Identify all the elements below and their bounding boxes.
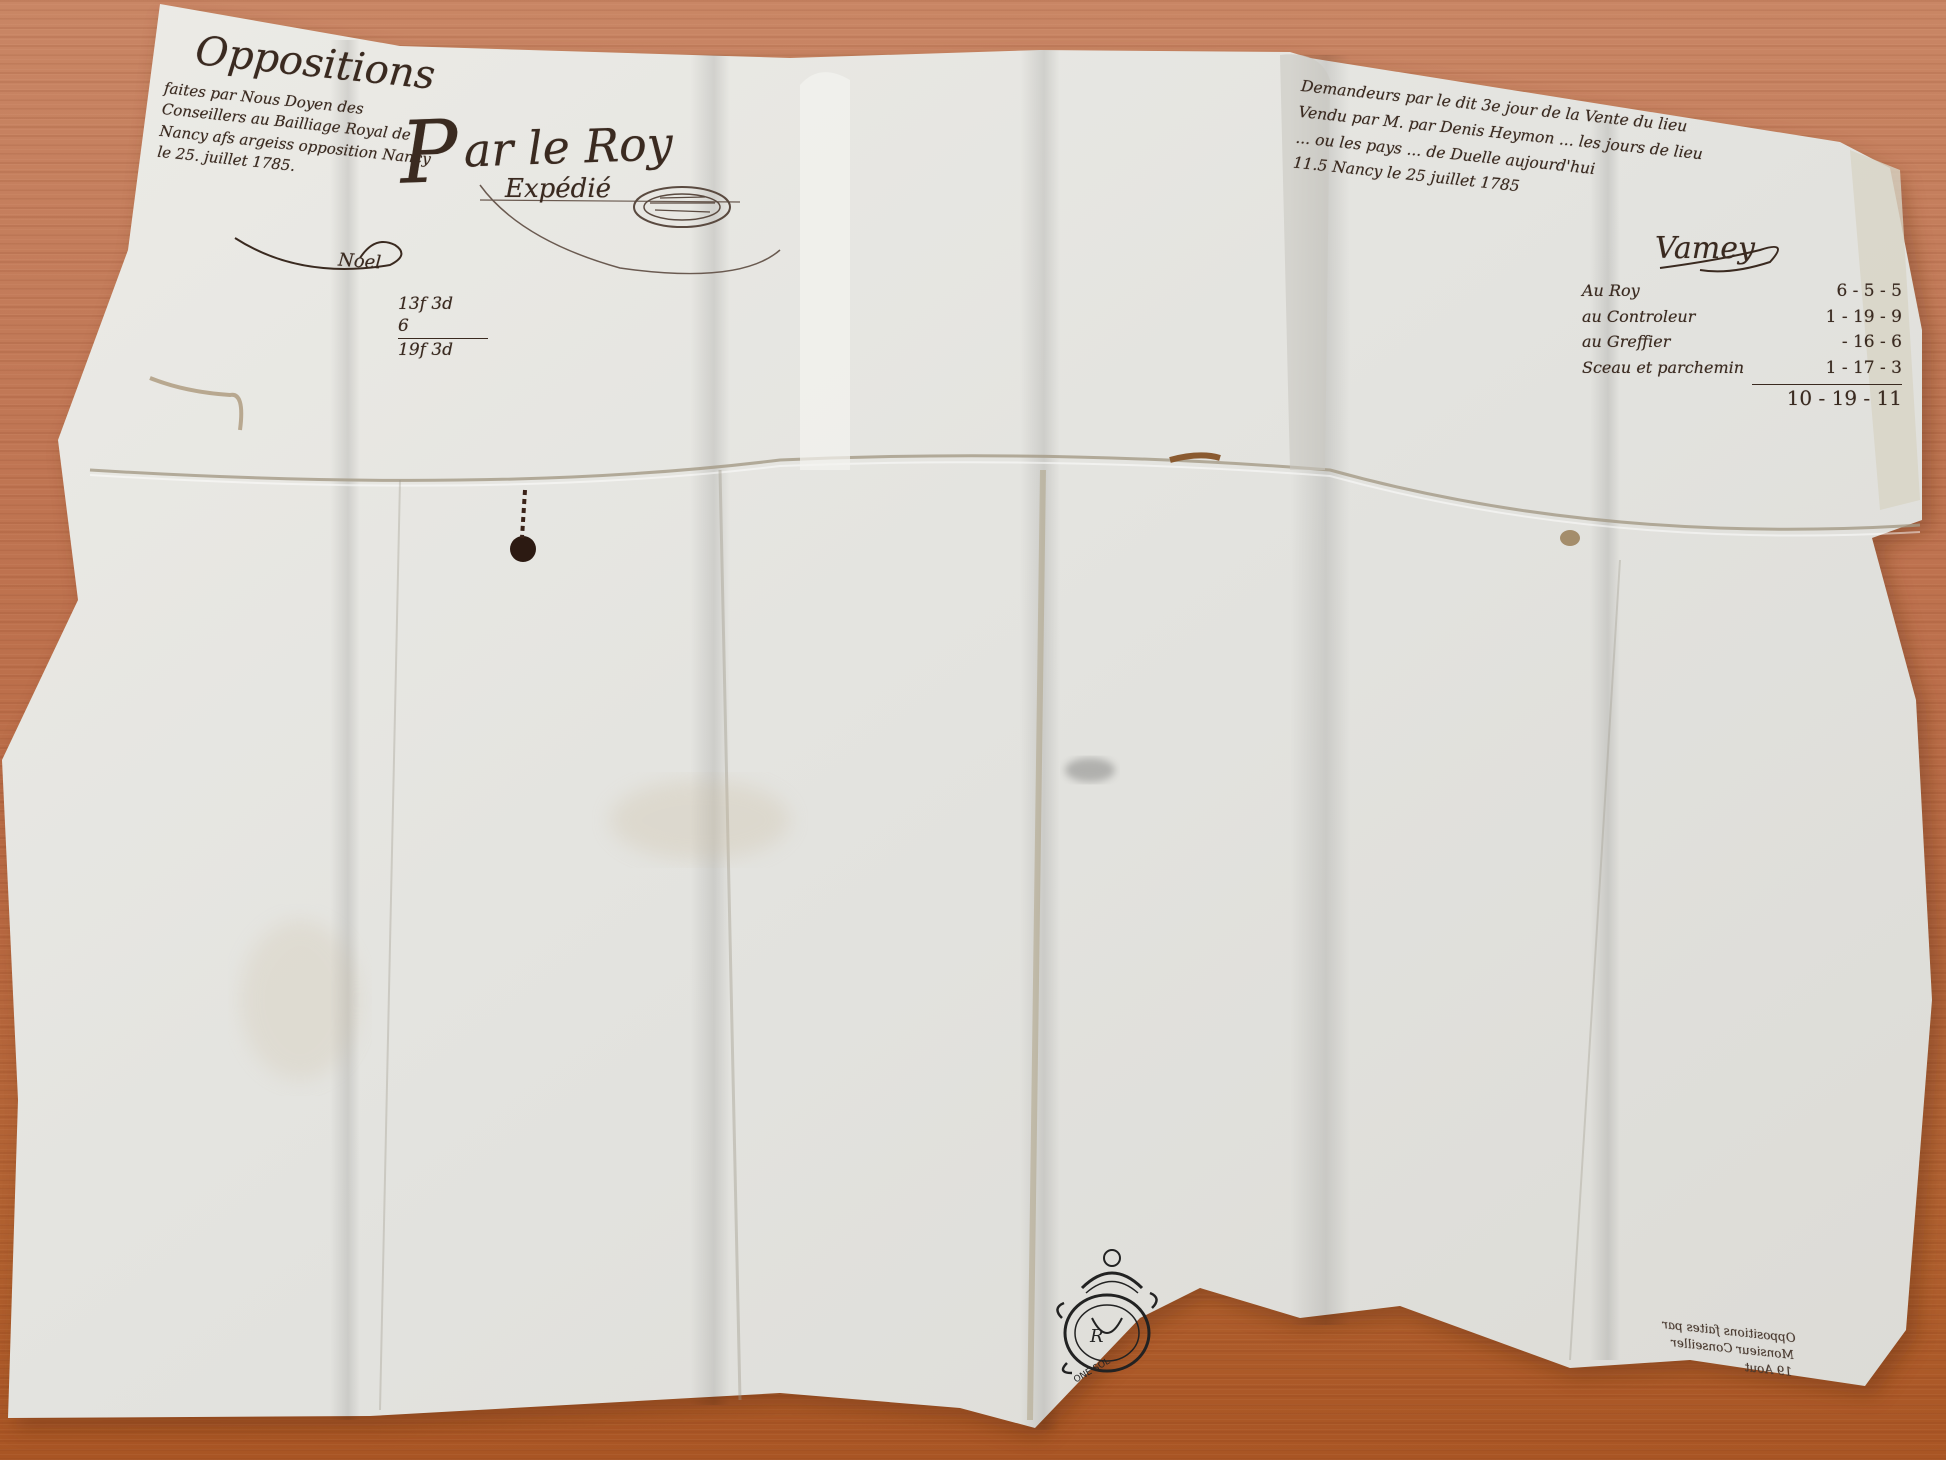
ledger-total-row: 10 - 19 - 11 xyxy=(1582,384,1902,410)
parchment-shape xyxy=(0,0,1946,1460)
heading-rest: ar le Roy xyxy=(463,116,674,177)
ledger-row: Sceau et parchemin 1 - 17 - 3 xyxy=(1582,359,1902,379)
tally-line: 6 xyxy=(398,317,488,337)
tally-rule xyxy=(398,338,488,339)
fee-tally: 13f 3d 6 19f 3d xyxy=(398,295,488,363)
ledger-row: Au Roy 6 - 5 - 5 xyxy=(1582,282,1902,302)
tally-total: 19f 3d xyxy=(398,341,488,361)
ledger-total-spacer xyxy=(1582,384,1752,410)
ledger-value: - 16 - 6 xyxy=(1752,333,1902,353)
heading-initial: P xyxy=(398,102,459,204)
ledger-label: Au Roy xyxy=(1582,282,1752,302)
tally-line: 13f 3d xyxy=(398,295,488,315)
ledger-value: 1 - 19 - 9 xyxy=(1752,308,1902,328)
ledger-row: au Greffier - 16 - 6 xyxy=(1582,333,1902,353)
stamp-center: R xyxy=(1090,1326,1104,1347)
ledger-row: au Controleur 1 - 19 - 9 xyxy=(1582,308,1902,328)
noel-signature: Noel xyxy=(337,251,381,275)
ledger-value: 1 - 17 - 3 xyxy=(1752,359,1902,379)
tax-stamp-icon: R ONE SOL xyxy=(1052,1248,1162,1388)
ledger-label: Sceau et parchemin xyxy=(1582,359,1752,379)
parchment-document: Oppositions faites par Nous Doyen des Co… xyxy=(0,0,1946,1460)
ledger-label: au Controleur xyxy=(1582,308,1752,328)
vamey-signature: Vamey xyxy=(1655,232,1755,267)
ledger-value: 6 - 5 - 5 xyxy=(1752,282,1902,302)
ledger-total: 10 - 19 - 11 xyxy=(1752,384,1902,410)
expedie-mark: Expédié xyxy=(505,175,611,205)
ledger-label: au Greffier xyxy=(1582,333,1752,353)
fee-ledger: Au Roy 6 - 5 - 5 au Controleur 1 - 19 - … xyxy=(1582,282,1902,416)
